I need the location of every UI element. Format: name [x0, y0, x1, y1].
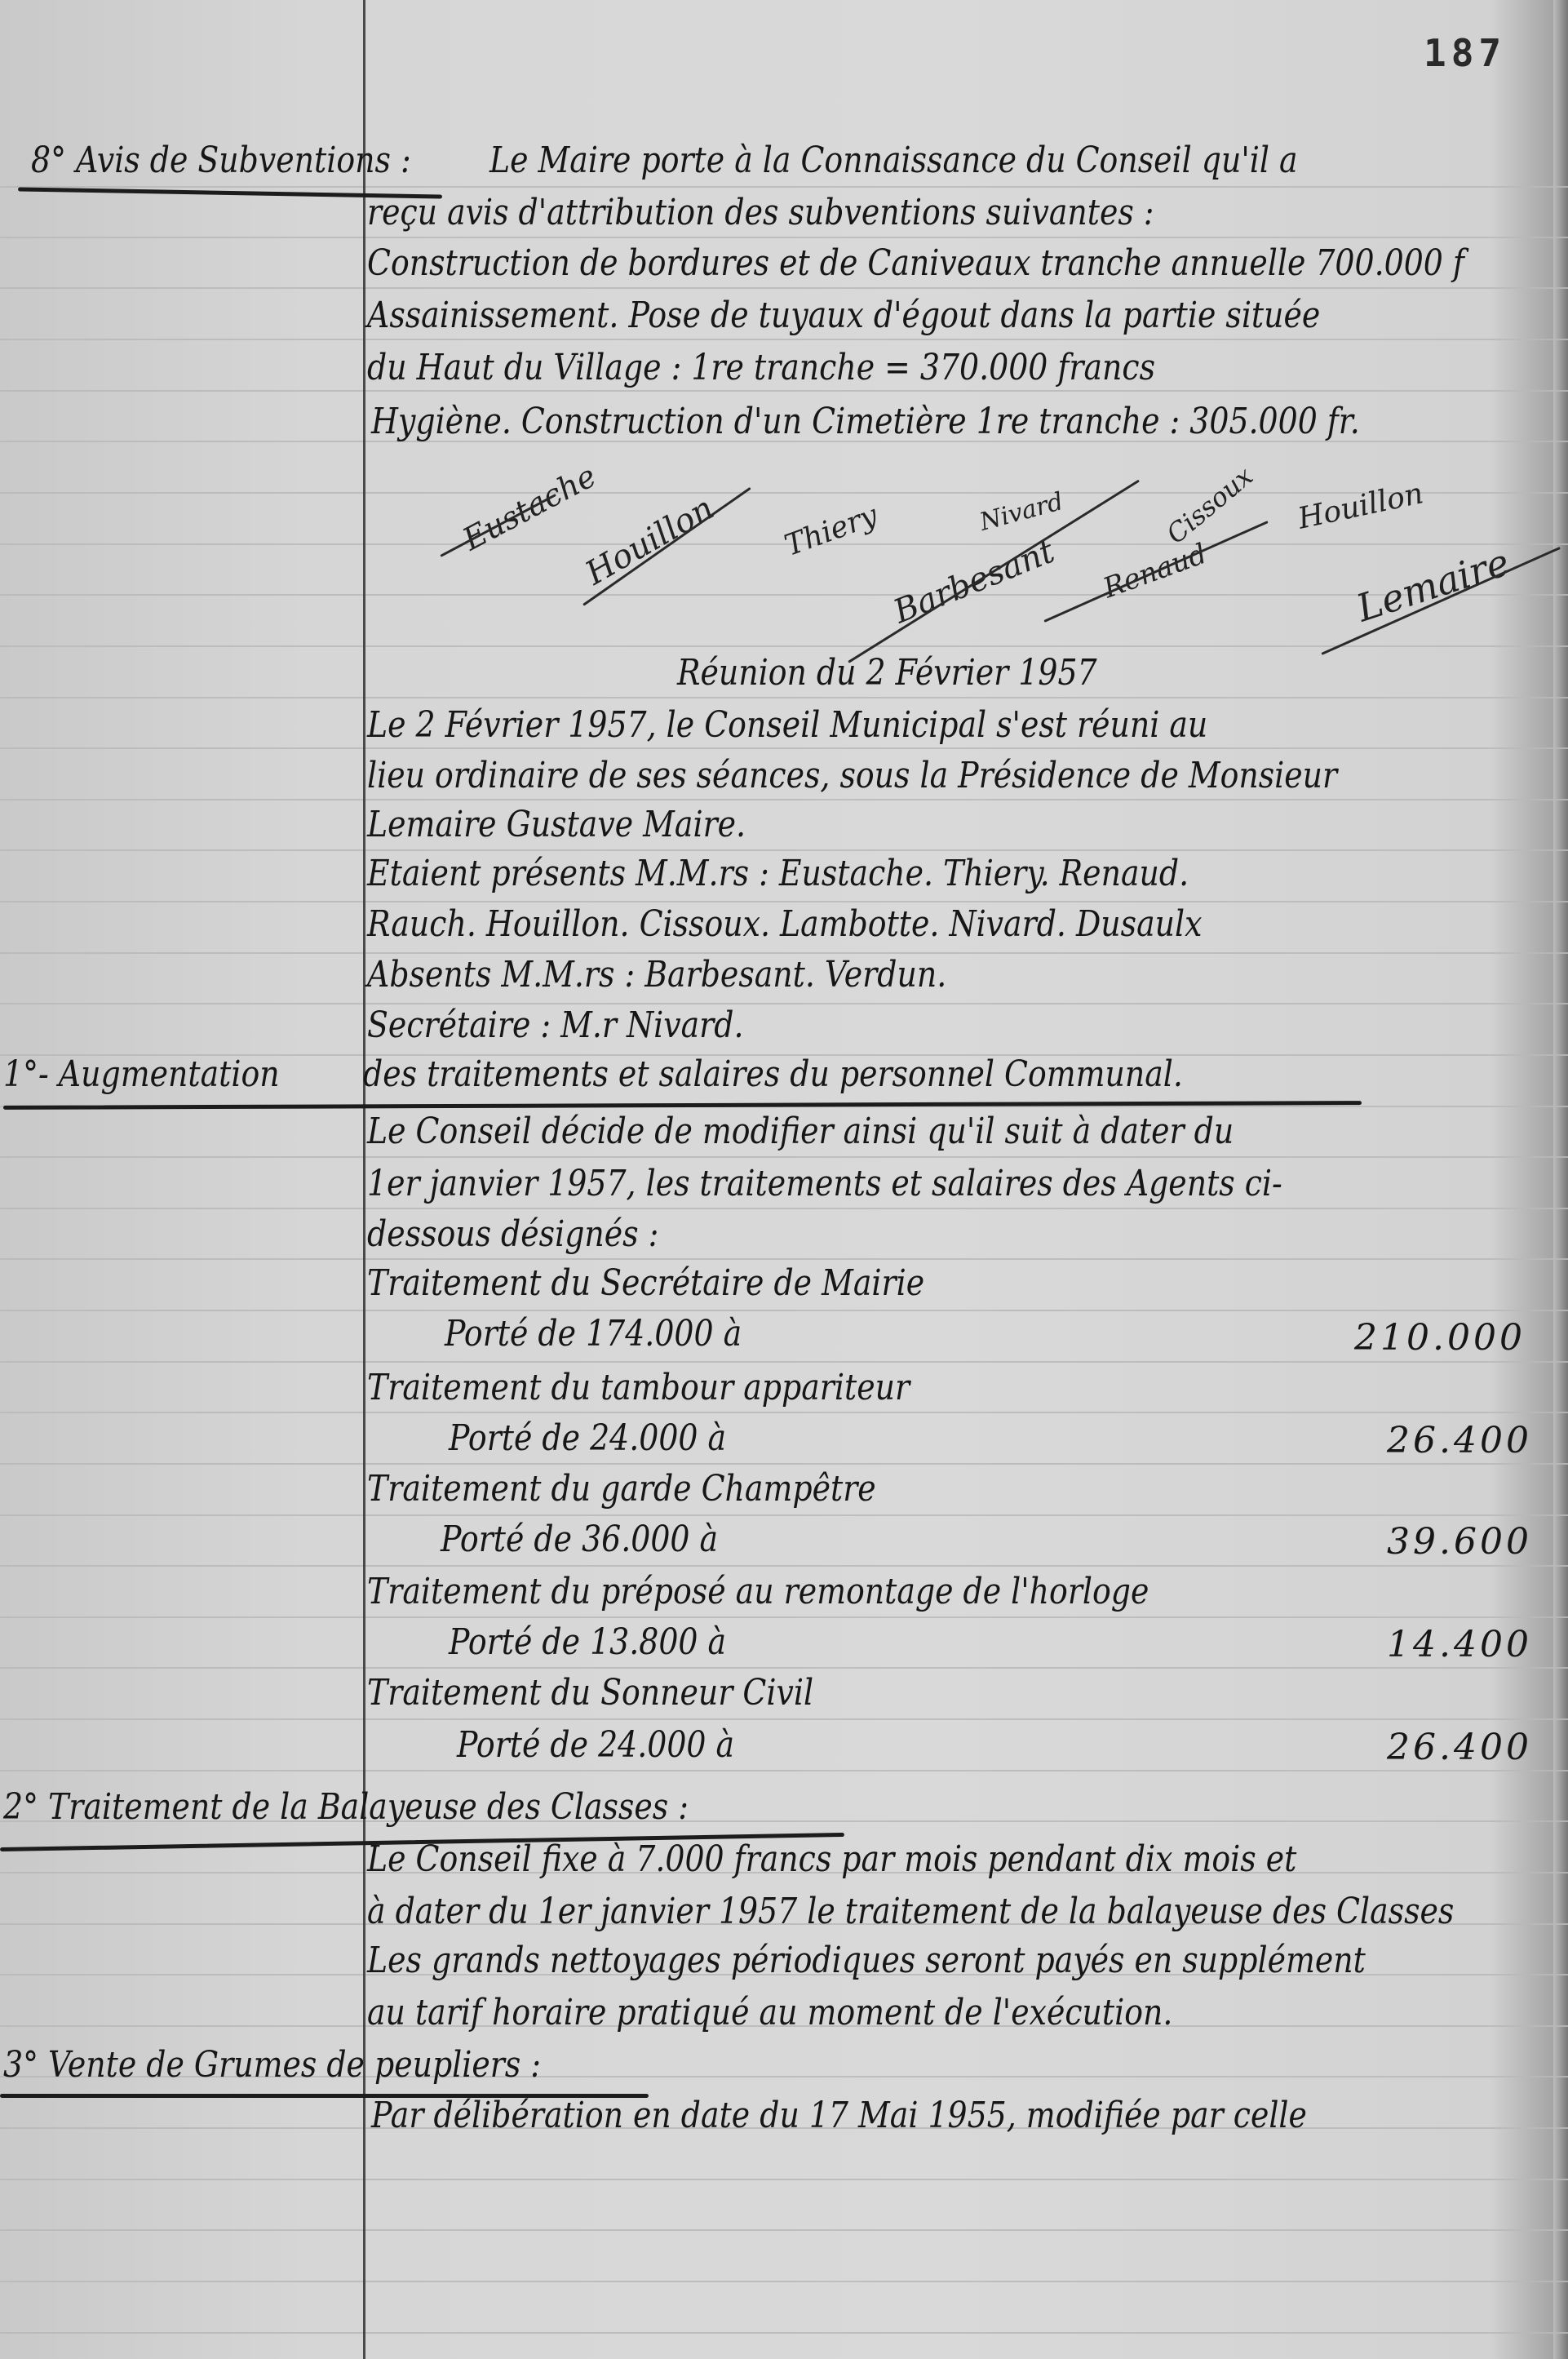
ruled-line — [0, 1514, 1568, 1516]
section-2-line: à dater du 1er janvier 1957 le traitemen… — [367, 1891, 1454, 1932]
ruled-line — [0, 1361, 1568, 1363]
signature: Houillon — [1295, 477, 1426, 535]
attendees-present: Etaient présents M.M.rs : Eustache. Thie… — [367, 854, 1189, 894]
signature: Thiery — [781, 499, 882, 563]
ruled-line — [0, 1208, 1568, 1209]
ruled-line — [0, 1258, 1568, 1260]
meeting-line: Lemaire Gustave Maire. — [367, 805, 746, 845]
heading-underline — [3, 1101, 1362, 1110]
ruled-line — [0, 237, 1568, 238]
meeting-title: Réunion du 2 Février 1957 — [677, 653, 1097, 694]
secretary: Secrétaire : M.r Nivard. — [367, 1005, 744, 1046]
attendees-absent: Absents M.M.rs : Barbesant. Verdun. — [367, 955, 946, 995]
salary-title: Traitement du préposé au remontage de l'… — [367, 1572, 1149, 1612]
section-3-line: Par délibération en date du 17 Mai 1955,… — [371, 2095, 1307, 2136]
salary-to: 26.400 — [1387, 1727, 1532, 1768]
salary-from: Porté de 24.000 à — [457, 1725, 734, 1766]
section-1-intro: dessous désignés : — [367, 1214, 658, 1255]
ruled-line — [0, 1310, 1568, 1311]
ruled-line — [0, 2281, 1568, 2282]
salary-to: 26.400 — [1387, 1420, 1532, 1461]
section-3-heading: 3° Vente de Grumes de peupliers : — [3, 2045, 541, 2086]
salary-title: Traitement du Sonneur Civil — [367, 1673, 813, 1714]
ruled-line — [0, 2229, 1568, 2231]
ruled-line — [0, 2332, 1568, 2334]
margin-line — [363, 0, 365, 2359]
meeting-line: Le 2 Février 1957, le Conseil Municipal … — [367, 705, 1207, 746]
attendees-present-cont: Rauch. Houillon. Cissoux. Lambotte. Niva… — [367, 904, 1202, 945]
section-8-line: reçu avis d'attribution des subventions … — [367, 193, 1154, 233]
ruled-line — [0, 2179, 1568, 2180]
meeting-line: lieu ordinaire de ses séances, sous la P… — [367, 756, 1337, 796]
section-8-heading: 8° Avis de Subventions : — [31, 140, 411, 181]
ruled-line — [0, 697, 1568, 698]
section-2-line: Le Conseil fixe à 7.000 francs par mois … — [367, 1839, 1296, 1880]
ruled-line — [0, 901, 1568, 902]
ruled-line — [0, 1616, 1568, 1618]
signature: Cissoux — [1160, 460, 1259, 550]
salary-to: 14.400 — [1387, 1624, 1532, 1665]
ruled-line — [0, 287, 1568, 289]
signature: Nivard — [977, 487, 1066, 537]
ruled-line — [0, 594, 1568, 596]
section-1-intro: 1er janvier 1957, les traitements et sal… — [367, 1164, 1282, 1204]
salary-to: 39.600 — [1387, 1521, 1532, 1563]
page-edge — [1553, 0, 1568, 2359]
section-1-heading-rest: des traitements et salaires du personnel… — [363, 1054, 1183, 1095]
signature: Lemaire — [1351, 540, 1514, 631]
ruled-line — [0, 1003, 1568, 1004]
section-8-line: Assainissement. Pose de tuyaux d'égout d… — [367, 295, 1320, 336]
ruled-line — [0, 1156, 1568, 1158]
ruled-line — [0, 1770, 1568, 1771]
page-number: 187 — [1424, 31, 1506, 75]
section-8-line: du Haut du Village : 1re tranche = 370.0… — [367, 348, 1155, 388]
salary-title: Traitement du Secrétaire de Mairie — [367, 1263, 924, 1304]
salary-title: Traitement du tambour appariteur — [367, 1368, 910, 1408]
section-1-heading: 1°- Augmentation — [3, 1054, 280, 1095]
ruled-line — [0, 339, 1568, 340]
register-page: 187 8° Avis de Subventions : Le Maire po… — [0, 0, 1568, 2359]
ruled-line — [0, 1463, 1568, 1465]
signature: Houillon — [579, 490, 720, 592]
section-8-line: Hygiène. Construction d'un Cimetière 1re… — [371, 401, 1360, 442]
section-8-line: Le Maire porte à la Connaissance du Cons… — [489, 140, 1298, 181]
section-2-heading: 2° Traitement de la Balayeuse des Classe… — [3, 1787, 689, 1828]
signature-flourish — [1043, 521, 1268, 623]
salary-to: 210.000 — [1354, 1317, 1526, 1359]
section-2-line: Les grands nettoyages périodiques seront… — [367, 1940, 1366, 1981]
salary-from: Porté de 36.000 à — [441, 1519, 718, 1560]
salary-title: Traitement du garde Champêtre — [367, 1469, 876, 1510]
ruled-line — [0, 492, 1568, 494]
salary-from: Porté de 24.000 à — [449, 1418, 726, 1459]
section-2-line: au tarif horaire pratiqué au moment de l… — [367, 1993, 1172, 2033]
salary-from: Porté de 174.000 à — [445, 1314, 742, 1355]
ruled-line — [0, 799, 1568, 800]
ruled-line — [0, 1667, 1568, 1669]
ruled-line — [0, 747, 1568, 749]
ruled-line — [0, 390, 1568, 392]
ruled-line — [0, 1412, 1568, 1413]
ruled-line — [0, 1565, 1568, 1567]
section-1-intro: Le Conseil décide de modifier ainsi qu'i… — [367, 1111, 1234, 1152]
ruled-line — [0, 849, 1568, 851]
ruled-line — [0, 186, 1568, 188]
salary-from: Porté de 13.800 à — [449, 1622, 726, 1663]
ruled-line — [0, 1718, 1568, 1720]
section-8-line: Construction de bordures et de Caniveaux… — [367, 243, 1464, 284]
